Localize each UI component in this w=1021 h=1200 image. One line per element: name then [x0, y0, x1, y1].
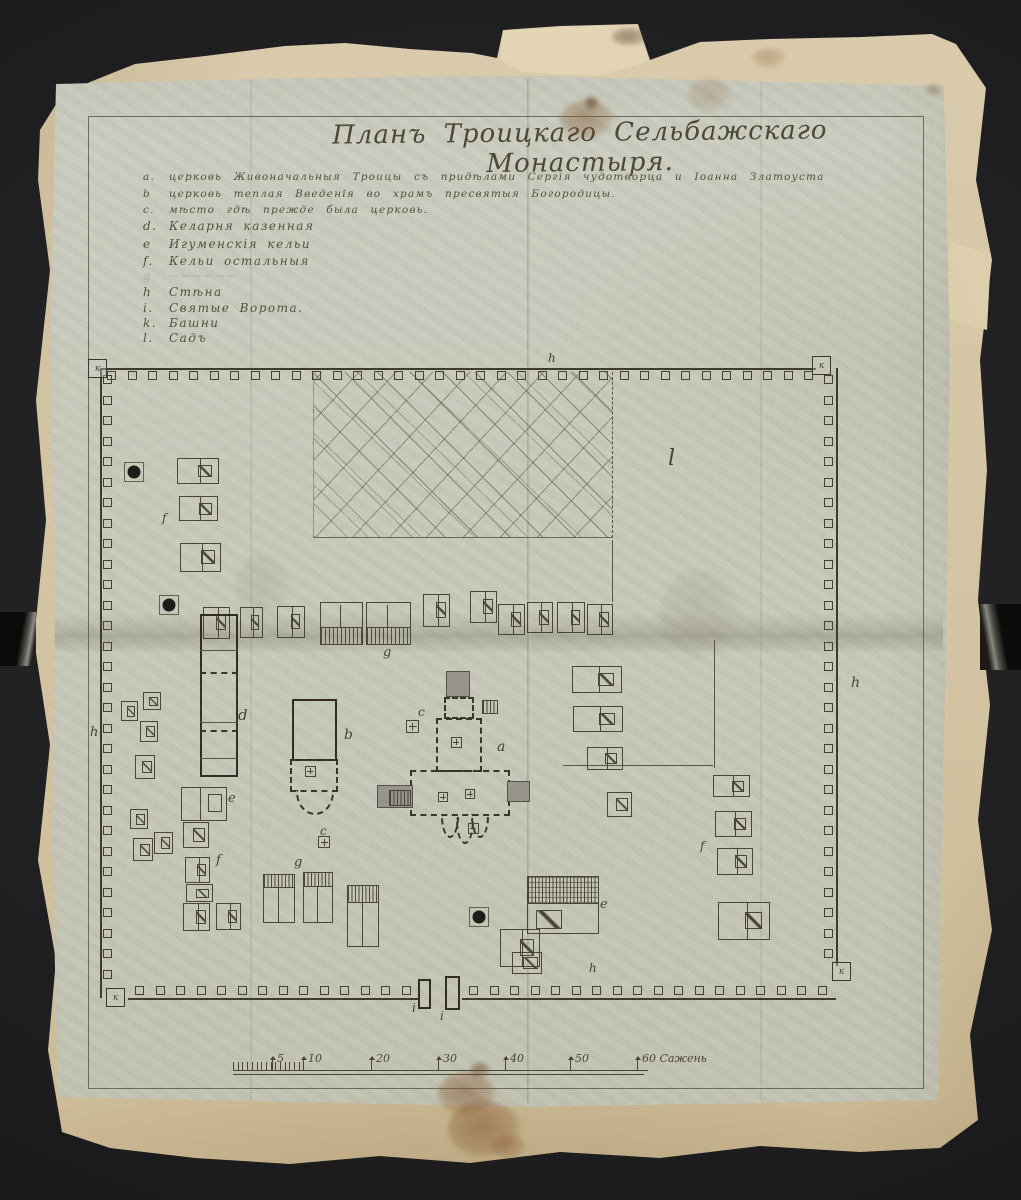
wall-crenel [402, 986, 411, 995]
wall-crenel [517, 371, 526, 380]
scale-label: 60 Сажень [642, 1052, 707, 1065]
well-dot [124, 462, 144, 482]
wall-crenel [320, 986, 329, 995]
wall-crenel [148, 371, 157, 380]
building [200, 722, 238, 723]
wall-crenel [292, 371, 301, 380]
wall-crenel [490, 986, 499, 995]
wall-crenel [640, 371, 649, 380]
wall-crenel [197, 986, 206, 995]
legend-item-text: мѣсто гдѣ прежде была церковь. [169, 204, 428, 216]
building [263, 874, 295, 923]
scale-tick [637, 1057, 638, 1070]
wall-crenel [824, 437, 833, 446]
tower-letter: к [819, 361, 824, 371]
monastery-wall [100, 368, 102, 998]
wall-crenel [210, 371, 219, 380]
legend-item-key: e [143, 237, 169, 251]
wall-crenel [824, 560, 833, 569]
wall-crenel [103, 970, 112, 979]
wall-crenel [824, 621, 833, 630]
legend-item: c.мѣсто гдѣ прежде была церковь. [143, 204, 428, 216]
building [347, 885, 379, 947]
scale-tick [371, 1057, 372, 1070]
building [140, 721, 158, 742]
building [446, 671, 470, 697]
plan-letter-g: g [383, 646, 391, 659]
building [718, 902, 770, 940]
wall-crenel [238, 986, 247, 995]
building [482, 700, 498, 714]
plan-letter-g: g [294, 856, 302, 869]
wall-crenel [824, 601, 833, 610]
scale-minor-tick [289, 1062, 290, 1070]
wall-crenel [217, 986, 226, 995]
wall-crenel [340, 986, 349, 995]
scale-label: 30 [443, 1052, 457, 1065]
building [130, 809, 148, 829]
wall-crenel [824, 662, 833, 671]
wall-crenel [715, 986, 724, 995]
building [183, 903, 210, 931]
building [527, 602, 553, 633]
building [277, 606, 305, 638]
wall-crenel [135, 986, 144, 995]
building [587, 747, 623, 770]
wall-crenel [579, 371, 588, 380]
plan-letter-c: c [418, 706, 425, 718]
plan-drawing-layer: Планъ Троицкаго Сельбажскаго Монастыря. … [0, 0, 1021, 1200]
building [366, 602, 411, 645]
scale-label: 20 [376, 1052, 390, 1065]
wall-crenel [824, 703, 833, 712]
scale-baseline-2 [233, 1074, 644, 1075]
wall-crenel [824, 867, 833, 876]
wall-crenel [824, 908, 833, 917]
wall-crenel [103, 498, 112, 507]
wall-crenel [824, 847, 833, 856]
legend-item-text: ∼∼∼∼∼∼ [169, 269, 238, 283]
legend-item-key: g [143, 269, 169, 283]
wall-crenel [824, 642, 833, 651]
wall-crenel [824, 416, 833, 425]
legend-item-text: Келарня казенная [169, 219, 314, 233]
wall-crenel [103, 806, 112, 815]
corner-tower: к [832, 962, 851, 981]
building [143, 692, 161, 710]
wall-crenel [381, 986, 390, 995]
legend-item: i.Святые Ворота. [143, 301, 303, 315]
building [563, 765, 713, 766]
legend-item: eИгуменскія кельи [143, 237, 311, 251]
wall-crenel [743, 371, 752, 380]
building [133, 838, 153, 861]
wall-crenel [312, 371, 321, 380]
scale-label: 5 [277, 1052, 284, 1065]
wall-crenel [824, 683, 833, 692]
wall-crenel [103, 744, 112, 753]
building [320, 602, 363, 645]
building [507, 781, 530, 802]
scale-minor-tick [261, 1062, 262, 1070]
scale-minor-tick [299, 1062, 300, 1070]
building [216, 903, 241, 930]
legend-item-text: церковь теплая Введенія во храмъ пресвят… [169, 188, 616, 200]
wall-crenel [103, 539, 112, 548]
wall-crenel [620, 371, 629, 380]
monastery-wall [462, 998, 836, 1000]
wall-crenel [394, 371, 403, 380]
wall-crenel [824, 785, 833, 794]
building [468, 823, 479, 834]
wall-crenel [103, 765, 112, 774]
wall-crenel [103, 867, 112, 876]
wall-crenel [674, 986, 683, 995]
scale-minor-tick [285, 1062, 286, 1070]
building [418, 979, 431, 1009]
wall-crenel [456, 371, 465, 380]
wall-crenel [824, 580, 833, 589]
wall-crenel [103, 580, 112, 589]
legend-item-text: Башни [169, 316, 219, 330]
building [713, 775, 750, 797]
wall-crenel [756, 986, 765, 995]
legend-item: bцерковь теплая Введенія во храмъ пресвя… [143, 188, 616, 200]
wall-crenel [361, 986, 370, 995]
scale-tick [570, 1057, 571, 1070]
scale-tick [505, 1057, 506, 1070]
wall-crenel [824, 826, 833, 835]
scale-minor-tick [257, 1062, 258, 1070]
building [573, 706, 623, 732]
wall-crenel [103, 478, 112, 487]
wall-crenel [824, 888, 833, 897]
building [200, 758, 238, 759]
legend-item-key: i. [143, 301, 169, 315]
monastery-wall [836, 368, 838, 966]
wall-crenel [695, 986, 704, 995]
wall-crenel [103, 703, 112, 712]
edge-clip-left [0, 612, 36, 666]
legend-item: l.Садъ [143, 331, 207, 345]
wall-crenel [824, 929, 833, 938]
legend-item: f.Кельи остальныя [143, 254, 310, 268]
building [451, 737, 462, 748]
wall-crenel [722, 371, 731, 380]
wall-crenel [103, 888, 112, 897]
building [438, 792, 448, 802]
legend-item-key: a. [143, 171, 169, 183]
scale-minor-tick [233, 1062, 234, 1070]
wall-crenel [103, 560, 112, 569]
plan-letter-b: b [344, 728, 353, 742]
wall-crenel [176, 986, 185, 995]
garden-plot [313, 372, 613, 538]
wall-crenel [374, 371, 383, 380]
plan-letter-h: h [90, 726, 98, 739]
legend-item: k.Башни [143, 316, 219, 330]
wall-crenel [103, 949, 112, 958]
wall-crenel [824, 539, 833, 548]
wall-crenel [258, 986, 267, 995]
legend-item-text: Стѣна [169, 285, 223, 299]
wall-crenel [654, 986, 663, 995]
plan-letter-f: f [216, 854, 221, 867]
corner-tower: к [88, 359, 107, 378]
legend-item-key: c. [143, 204, 169, 216]
scanned-monastery-plan: Планъ Троицкаго Сельбажскаго Монастыря. … [0, 0, 1021, 1200]
scale-label: 40 [510, 1052, 524, 1065]
tower-letter: к [95, 364, 100, 374]
wall-crenel [824, 478, 833, 487]
building [389, 790, 411, 806]
plan-letter-h: h [851, 676, 860, 690]
building [200, 650, 238, 651]
plan-letter-f: f [700, 840, 704, 852]
well-dot [159, 595, 179, 615]
wall-crenel [702, 371, 711, 380]
wall-crenel [599, 371, 608, 380]
wall-crenel [251, 371, 260, 380]
wall-crenel [613, 986, 622, 995]
wall-crenel [824, 396, 833, 405]
wall-crenel [103, 929, 112, 938]
legend-item: hСтѣна [143, 285, 223, 299]
building [557, 602, 585, 633]
wall-crenel [103, 847, 112, 856]
wall-crenel [531, 986, 540, 995]
wall-crenel [103, 601, 112, 610]
building [714, 640, 715, 768]
plan-letter-h: h [548, 352, 556, 364]
scale-minor-tick [252, 1062, 253, 1070]
wall-crenel [103, 724, 112, 733]
scale-label: 10 [308, 1052, 322, 1065]
building [587, 604, 613, 635]
wall-crenel [572, 986, 581, 995]
legend-item-key: h [143, 285, 169, 299]
wall-crenel [128, 371, 137, 380]
building [410, 770, 510, 816]
plan-letter-e: e [228, 792, 236, 805]
wall-crenel [784, 371, 793, 380]
legend-item: d.Келарня казенная [143, 219, 314, 233]
building [612, 540, 613, 602]
plan-letter-d: d [238, 708, 248, 723]
scale-minor-tick [247, 1062, 248, 1070]
wall-crenel [824, 724, 833, 733]
building [406, 720, 419, 733]
wall-crenel [824, 765, 833, 774]
corner-tower: к [106, 988, 125, 1007]
legend-item-text: Святые Ворота. [169, 301, 303, 315]
wall-crenel [103, 457, 112, 466]
wall-crenel [103, 642, 112, 651]
building [423, 594, 450, 627]
plan-letter-c: c [320, 825, 327, 837]
wall-crenel [103, 416, 112, 425]
building [498, 604, 525, 635]
wall-crenel [353, 371, 362, 380]
wall-crenel [824, 806, 833, 815]
wall-crenel [824, 457, 833, 466]
wall-crenel [476, 371, 485, 380]
wall-crenel [824, 498, 833, 507]
wall-crenel [103, 621, 112, 630]
building [303, 872, 333, 923]
scale-minor-tick [294, 1062, 295, 1070]
wall-crenel [189, 371, 198, 380]
legend-item-text: Садъ [169, 331, 207, 345]
plan-letter-i: i [412, 1002, 416, 1014]
wall-crenel [271, 371, 280, 380]
wall-crenel [103, 785, 112, 794]
wall-crenel [763, 371, 772, 380]
legend-item: g∼∼∼∼∼∼ [143, 269, 238, 283]
building [179, 496, 218, 521]
scale-minor-tick [242, 1062, 243, 1070]
wall-crenel [824, 949, 833, 958]
wall-crenel [824, 375, 833, 384]
wall-crenel [592, 986, 601, 995]
building [135, 755, 155, 779]
wall-crenel [103, 519, 112, 528]
building [183, 822, 209, 848]
scale-tick [438, 1057, 439, 1070]
building [121, 701, 138, 721]
legend-item-text: Игуменскія кельи [169, 237, 311, 251]
plan-letter-a: a [497, 740, 505, 754]
legend-item: a.церковь Живоначальныя Троицы съ придѣл… [143, 171, 825, 183]
scale-minor-tick [238, 1062, 239, 1070]
building [240, 607, 263, 638]
wall-crenel [558, 371, 567, 380]
wall-crenel [169, 371, 178, 380]
legend-item-key: l. [143, 331, 169, 345]
wall-crenel [103, 908, 112, 917]
building [185, 857, 210, 883]
building [292, 699, 337, 761]
plan-letter-f: f [162, 512, 166, 524]
wall-crenel [633, 986, 642, 995]
plan-letter-h: h [589, 962, 597, 974]
wall-crenel [510, 986, 519, 995]
wall-crenel [681, 371, 690, 380]
wall-crenel [551, 986, 560, 995]
building [607, 792, 632, 817]
wall-crenel [299, 986, 308, 995]
wall-crenel [497, 371, 506, 380]
wall-crenel [415, 371, 424, 380]
building [527, 876, 599, 934]
wall-crenel [818, 986, 827, 995]
building [717, 848, 753, 875]
building [470, 591, 497, 623]
wall-crenel [538, 371, 547, 380]
legend-item-key: b [143, 188, 169, 200]
legend-item-key: k. [143, 316, 169, 330]
building [177, 458, 219, 484]
plan-letter-e: e [600, 898, 608, 911]
building [512, 952, 542, 974]
wall-crenel [736, 986, 745, 995]
scale-tick [272, 1057, 273, 1070]
building [445, 976, 460, 1010]
wall-crenel [103, 396, 112, 405]
corner-tower: к [812, 356, 831, 375]
building [200, 672, 238, 732]
tower-letter: к [839, 967, 844, 977]
building [572, 666, 622, 693]
wall-crenel [103, 683, 112, 692]
wall-crenel [661, 371, 670, 380]
plan-letter-i: i [440, 1010, 444, 1022]
wall-crenel [230, 371, 239, 380]
scale-tick [303, 1057, 304, 1070]
legend-item-text: церковь Живоначальныя Троицы съ придѣлам… [169, 171, 825, 183]
building [180, 543, 221, 572]
wall-crenel [824, 744, 833, 753]
monastery-wall [100, 368, 816, 370]
wall-crenel [333, 371, 342, 380]
building [305, 766, 316, 777]
building [715, 811, 752, 837]
building [465, 789, 475, 799]
wall-crenel [469, 986, 478, 995]
legend-item-key: d. [143, 219, 169, 233]
wall-crenel [156, 986, 165, 995]
building [444, 697, 474, 719]
wall-crenel [435, 371, 444, 380]
scale-label: 50 [575, 1052, 589, 1065]
monastery-wall [128, 998, 418, 1000]
plan-letter-l: l [668, 448, 675, 470]
building [181, 787, 227, 821]
scale-minor-tick [266, 1062, 267, 1070]
building [186, 884, 213, 902]
wall-crenel [279, 986, 288, 995]
legend-item-key: f. [143, 254, 169, 268]
wall-crenel [797, 986, 806, 995]
wall-crenel [824, 519, 833, 528]
wall-crenel [777, 986, 786, 995]
edge-clip-right [980, 604, 1021, 670]
wall-crenel [103, 662, 112, 671]
building [154, 832, 173, 854]
wall-crenel [103, 437, 112, 446]
wall-crenel [103, 826, 112, 835]
legend-item-text: Кельи остальныя [169, 254, 310, 268]
tower-letter: к [113, 993, 118, 1003]
well-dot [469, 907, 489, 927]
scale-baseline [233, 1070, 648, 1071]
